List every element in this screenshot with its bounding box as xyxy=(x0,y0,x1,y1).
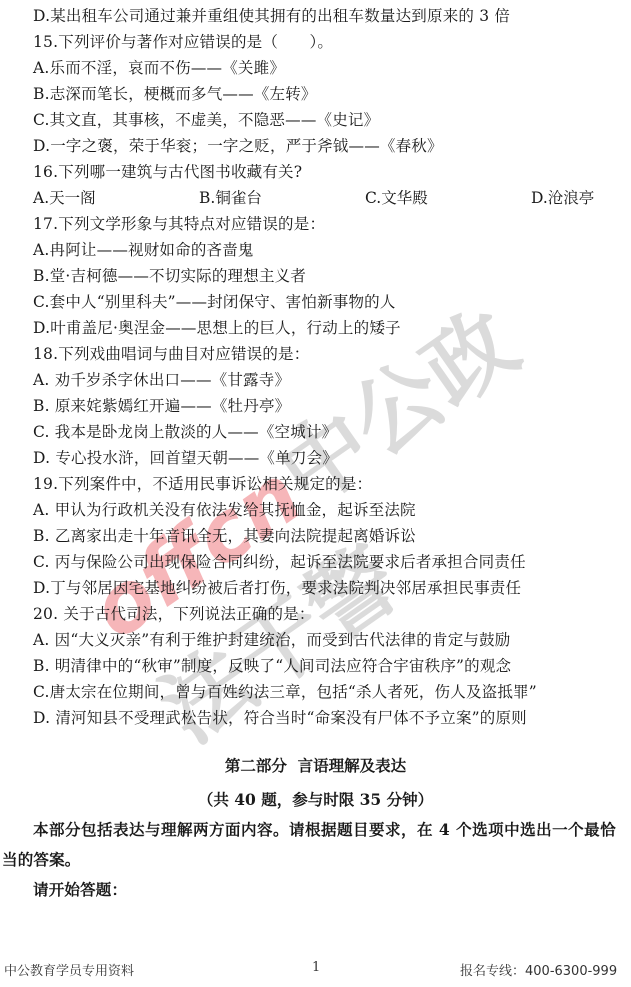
q20-option-a: A. 因“大义灭亲”有利于维护封建统治，而受到古代法律的肯定与鼓励 xyxy=(33,630,511,650)
section-intro-line-1: 本部分包括表达与理解两方面内容。请根据题目要求，在 4 个选项中选出一个最恰 xyxy=(33,820,618,840)
q16-option-a: A.天一阁 xyxy=(33,188,96,208)
footer-left: 中公教育学员专用资料 xyxy=(4,960,134,979)
q16-option-c: C.文华殿 xyxy=(365,188,428,208)
q18-option-a: A. 劝千岁杀字休出口——《甘露寺》 xyxy=(33,370,290,390)
q19-stem: 19.下列案件中，不适用民事诉讼相关规定的是： xyxy=(33,474,372,494)
q17-option-d: D.叶甫盖尼·奥涅金——思想上的巨人，行动上的矮子 xyxy=(33,318,401,338)
q19-option-a: A. 甲认为行政机关没有依法发给其抚恤金，起诉至法院 xyxy=(33,500,416,520)
q18-stem: 18.下列戏曲唱词与曲目对应错误的是： xyxy=(33,344,309,364)
q19-option-b: B. 乙离家出走十年音讯全无，其妻向法院提起离婚诉讼 xyxy=(33,526,416,546)
q15-option-c: C.其文直，其事核，不虚美，不隐恶——《史记》 xyxy=(33,110,379,130)
q15-option-b: B.志深而笔长，梗概而多气——《左转》 xyxy=(33,84,317,104)
q15-option-d: D.一字之褒，荣于华衮；一字之贬，严于斧钺——《春秋》 xyxy=(33,136,443,156)
q17-option-b: B.堂·吉柯德——不切实际的理想主义者 xyxy=(33,266,306,286)
q17-stem: 17.下列文学形象与其特点对应错误的是： xyxy=(33,214,325,234)
q15-option-a: A.乐而不淫，哀而不伤——《关雎》 xyxy=(33,58,285,78)
q16-option-d: D.沧浪亭 xyxy=(531,188,594,208)
start-instruction: 请开始答题： xyxy=(33,880,127,900)
section-title: 第二部分 言语理解及表达 xyxy=(0,754,631,776)
q17-option-c: C.套中人“别里科夫”——封闭保守、害怕新事物的人 xyxy=(33,292,396,312)
q14-option-d: D.某出租车公司通过兼并重组使其拥有的出租车数量达到原来的 3 倍 xyxy=(33,6,510,26)
section-subtitle: （共 40 题，参与时限 35 分钟） xyxy=(0,788,631,810)
q15-stem: 15.下列评价与著作对应错误的是（ ）。 xyxy=(33,32,333,52)
q20-stem: 20. 关于古代司法，下列说法正确的是： xyxy=(33,604,315,624)
q18-option-d: D. 专心投水浒，回首望天朝——《单刀会》 xyxy=(33,448,338,468)
q16-stem: 16.下列哪一建筑与古代图书收藏有关? xyxy=(33,162,302,182)
section-intro-line-2: 当的答案。 xyxy=(2,850,81,870)
q17-option-a: A.冉阿让——视财如命的吝啬鬼 xyxy=(33,240,254,260)
q18-option-b: B. 原来姹紫嫣红开遍——《牡丹亭》 xyxy=(33,396,290,416)
q20-option-c: C.唐太宗在位期间，曾与百姓约法三章，包括“杀人者死，伤人及盗抵罪” xyxy=(33,682,537,702)
q20-option-d: D. 清河知县不受理武松告状，符合当时“命案没有尸体不予立案”的原则 xyxy=(33,708,527,728)
q19-option-c: C. 丙与保险公司出现保险合同纠纷，起诉至法院要求后者承担合同责任 xyxy=(33,552,526,572)
q19-option-d: D.丁与邻居因宅基地纠纷被后者打伤，要求法院判决邻居承担民事责任 xyxy=(33,578,521,598)
page-number: 1 xyxy=(312,960,320,975)
q18-option-c: C. 我本是卧龙岗上散淡的人——《空城计》 xyxy=(33,422,337,442)
q20-option-b: B. 明清律中的“秋审”制度，反映了“人间司法应符合宇宙秩序”的观念 xyxy=(33,656,511,676)
footer-right: 报名专线：400-6300-999 xyxy=(460,960,617,979)
q16-option-b: B.铜雀台 xyxy=(199,188,262,208)
